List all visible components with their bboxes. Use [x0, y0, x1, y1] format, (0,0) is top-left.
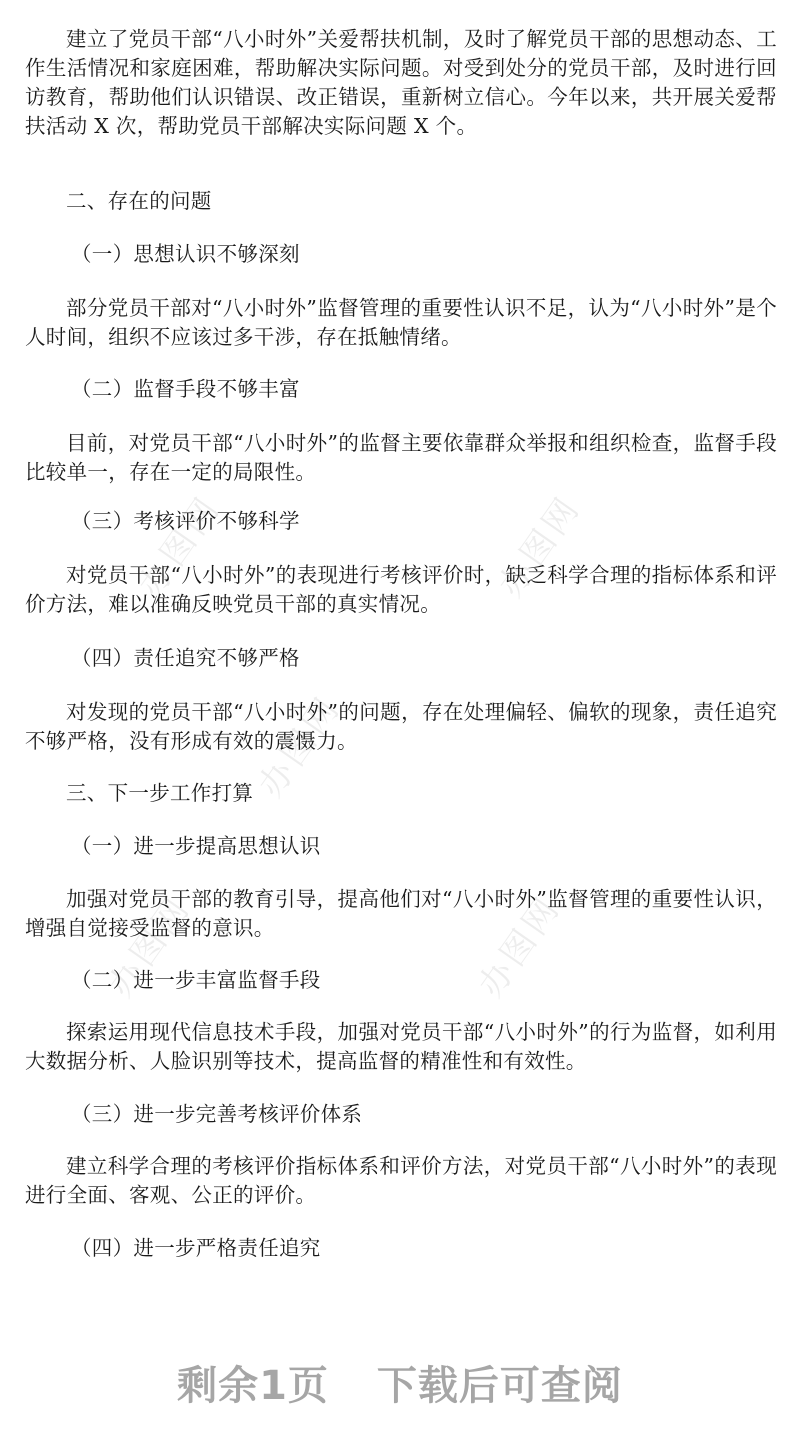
- subheading-step-2: （二）进一步丰富监督手段: [25, 966, 800, 995]
- paragraph-problem-2: 目前，对党员干部“八小时外”的监督主要依靠群众举报和组织检查，监督手段比较单一，…: [25, 429, 777, 487]
- section-heading-problems: 二、存在的问题: [25, 187, 800, 216]
- document-page: 建立了党员干部“八小时外”关爱帮扶机制，及时了解党员干部的思想动态、工作生活情况…: [0, 0, 800, 1455]
- subheading-problem-3: （三）考核评价不够科学: [25, 507, 800, 536]
- subheading-step-4: （四）进一步严格责任追究: [25, 1234, 800, 1263]
- section-heading-next-steps: 三、下一步工作打算: [25, 779, 800, 808]
- paragraph-step-2: 探索运用现代信息技术手段，加强对党员干部“八小时外”的行为监督，如利用大数据分析…: [25, 1018, 777, 1076]
- download-prompt[interactable]: 剩余1页下载后可查阅: [0, 1354, 800, 1411]
- subheading-problem-1: （一）思想认识不够深刻: [25, 240, 800, 269]
- subheading-step-3: （三）进一步完善考核评价体系: [25, 1100, 800, 1129]
- paragraph-intro: 建立了党员干部“八小时外”关爱帮扶机制，及时了解党员干部的思想动态、工作生活情况…: [25, 25, 777, 141]
- paragraph-problem-3: 对党员干部“八小时外”的表现进行考核评价时，缺乏科学合理的指标体系和评价方法，难…: [25, 561, 777, 619]
- paragraph-problem-1: 部分党员干部对“八小时外”监督管理的重要性认识不足，认为“八小时外”是个人时间，…: [25, 294, 777, 352]
- paragraph-problem-4: 对发现的党员干部“八小时外”的问题，存在处理偏轻、偏软的现象，责任追究不够严格，…: [25, 698, 777, 756]
- subheading-problem-2: （二）监督手段不够丰富: [25, 375, 800, 404]
- remaining-pages-label: 剩余1页: [177, 1363, 329, 1409]
- subheading-step-1: （一）进一步提高思想认识: [25, 832, 800, 861]
- paragraph-step-1: 加强对党员干部的教育引导，提高他们对“八小时外”监督管理的重要性认识，增强自觉接…: [25, 885, 777, 943]
- download-to-view-label: 下载后可查阅: [377, 1363, 623, 1409]
- subheading-problem-4: （四）责任追究不够严格: [25, 644, 800, 673]
- paragraph-step-3: 建立科学合理的考核评价指标体系和评价方法，对党员干部“八小时外”的表现进行全面、…: [25, 1152, 777, 1210]
